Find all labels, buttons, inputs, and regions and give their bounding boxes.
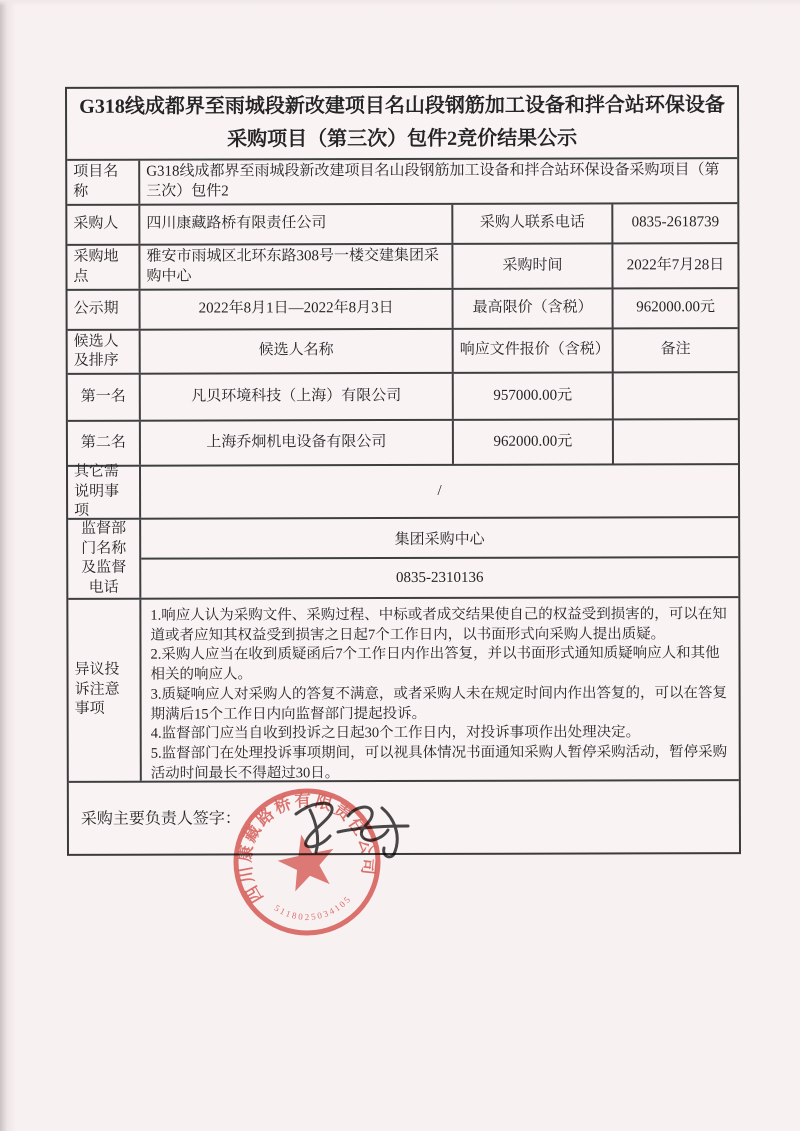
complaint-item-3: 3.质疑响应人对采购人的答复不满意，或者采购人未在规定时间内作出答复的，可以在答… bbox=[151, 684, 730, 725]
candidate-2-price: 962000.00元 bbox=[454, 420, 614, 463]
scanned-page: G318线成都界至雨城段新改建项目名山段钢筋加工设备和拌合站环保设备采购项目（第… bbox=[0, 0, 800, 1131]
purchaser-phone-value: 0835-2618739 bbox=[613, 204, 737, 242]
purchase-time-label: 采购时间 bbox=[453, 244, 613, 287]
candidates-label: 候选人及排序 bbox=[68, 331, 141, 373]
complaint-label: 异议投诉注意事项 bbox=[68, 600, 141, 781]
table-row-project: 项目名称 G318线成都界至雨城段新改建项目名山段钢筋加工设备和拌合站环保设备采… bbox=[67, 159, 737, 206]
other-notes-value: / bbox=[141, 465, 738, 518]
project-name-value: G318线成都界至雨城段新改建项目名山段钢筋加工设备和拌合站环保设备采购项目（第… bbox=[140, 159, 737, 204]
location-label: 采购地点 bbox=[67, 246, 140, 289]
complaint-item-5: 5.监督部门在处理投诉事项期间，可以视具体情况书面通知采购人暂停采购活动，暂停采… bbox=[151, 743, 730, 784]
table-row-title: G318线成都界至雨城段新改建项目名山段钢筋加工设备和拌合站环保设备采购项目（第… bbox=[67, 87, 737, 161]
complaint-item-1: 1.响应人认为采购文件、采购过程、中标或者成交结果使自己的权益受到损害的，可以在… bbox=[150, 605, 729, 646]
supervision-values: 集团采购中心 0835-2310136 bbox=[141, 518, 738, 598]
publicity-label: 公示期 bbox=[68, 291, 141, 329]
candidate-1-price: 957000.00元 bbox=[454, 373, 614, 418]
purchaser-phone-label: 采购人联系电话 bbox=[453, 204, 613, 242]
candidate-1-remark bbox=[614, 373, 738, 418]
procurement-result-table: G318线成都界至雨城段新改建项目名山段钢筋加工设备和拌合站环保设备采购项目（第… bbox=[65, 85, 741, 856]
candidate-name-header: 候选人名称 bbox=[141, 330, 454, 373]
purchaser-label: 采购人 bbox=[67, 206, 140, 244]
complaint-item-4: 4.监督部门应当自收到投诉之日起30个工作日内，对投诉事项作出处理决定。 bbox=[151, 723, 730, 744]
candidate-remark-header: 备注 bbox=[614, 329, 738, 371]
price-limit-value: 962000.00元 bbox=[614, 289, 738, 327]
supervision-phone: 0835-2310136 bbox=[141, 558, 738, 598]
table-row-candidate-2: 第二名 上海乔炯机电设备有限公司 962000.00元 bbox=[68, 420, 738, 467]
table-row-supervision: 监督部门名称及监督电话 集团采购中心 0835-2310136 bbox=[68, 518, 738, 600]
table-row-purchaser: 采购人 四川康藏路桥有限责任公司 采购人联系电话 0835-2618739 bbox=[67, 204, 737, 246]
candidate-1-name: 凡贝环境科技（上海）有限公司 bbox=[141, 374, 454, 420]
project-name-label: 项目名称 bbox=[67, 161, 140, 204]
scan-top-shadow bbox=[0, 0, 800, 6]
table-row-other-notes: 其它需说明事项 / bbox=[68, 465, 738, 520]
publicity-value: 2022年8月1日—2022年8月3日 bbox=[141, 290, 454, 329]
table-row-publicity: 公示期 2022年8月1日—2022年8月3日 最高限价（含税） 962000.… bbox=[68, 289, 738, 331]
table-row-location: 采购地点 雅安市雨城区北环东路308号一楼交建集团采购中心 采购时间 2022年… bbox=[67, 244, 737, 291]
table-row-complaint: 异议投诉注意事项 1.响应人认为采购文件、采购过程、中标或者成交结果使自己的权益… bbox=[68, 598, 738, 783]
supervision-dept: 集团采购中心 bbox=[141, 518, 738, 560]
supervision-label: 监督部门名称及监督电话 bbox=[68, 520, 141, 598]
signature-handwriting bbox=[286, 792, 436, 864]
complaint-item-2: 2.采购人应当在收到质疑函后7个工作日内作出答复，并以书面形式通知质疑响应人和其… bbox=[150, 645, 729, 686]
price-limit-label: 最高限价（含税） bbox=[454, 289, 614, 327]
candidate-1-rank: 第一名 bbox=[68, 375, 141, 420]
candidate-2-rank: 第二名 bbox=[68, 422, 141, 465]
candidate-2-name: 上海乔炯机电设备有限公司 bbox=[141, 421, 454, 465]
document-title: G318线成都界至雨城段新改建项目名山段钢筋加工设备和拌合站环保设备采购项目（第… bbox=[67, 85, 737, 161]
candidate-2-remark bbox=[614, 420, 738, 463]
table-row-candidate-1: 第一名 凡贝环境科技（上海）有限公司 957000.00元 bbox=[68, 373, 738, 422]
other-notes-label: 其它需说明事项 bbox=[68, 467, 141, 518]
purchase-time-value: 2022年7月28日 bbox=[613, 244, 737, 287]
scan-left-shadow bbox=[0, 0, 16, 1131]
purchaser-value: 四川康藏路桥有限责任公司 bbox=[140, 205, 453, 244]
complaint-body: 1.响应人认为采购文件、采购过程、中标或者成交结果使自己的权益受到损害的，可以在… bbox=[141, 598, 738, 781]
location-value: 雅安市雨城区北环东路308号一楼交建集团采购中心 bbox=[140, 245, 453, 289]
table-row-candidates-header: 候选人及排序 候选人名称 响应文件报价（含税） 备注 bbox=[68, 329, 738, 375]
candidate-price-header: 响应文件报价（含税） bbox=[454, 329, 614, 371]
